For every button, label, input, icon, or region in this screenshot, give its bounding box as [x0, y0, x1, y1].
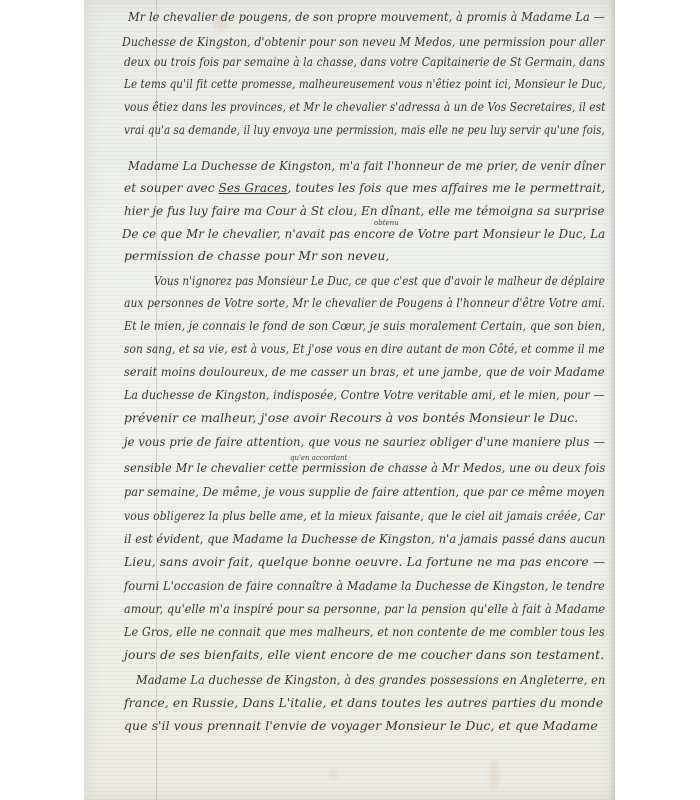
text-line: son sang, et sa vie, est à vous, Et j'os… [124, 343, 605, 355]
text-line: Le Gros, elle ne connait que mes malheur… [124, 626, 605, 638]
handwritten-text: Mr le chevalier de pougens, de son propr… [84, 0, 615, 800]
text-line: il est évident, que Madame la Duchesse d… [124, 533, 605, 545]
text-line: jours de ses bienfaits, elle vient encor… [124, 649, 604, 661]
text-line: Madame La duchesse de Kingston, à des gr… [136, 674, 605, 686]
text-line: vous obligerez la plus belle ame, et la … [124, 510, 605, 522]
text-line: je vous prie de faire attention, que vou… [124, 436, 605, 448]
text-line: De ce que Mr le chevalier, n'avait pas e… [122, 228, 605, 240]
text-line: prévenir ce malheur, j'ose avoir Recours… [124, 412, 578, 424]
text-line: vrai qu'a sa demande, il luy envoya une … [124, 124, 605, 136]
text-line: serait moins douloureux, de me casser un… [124, 366, 605, 378]
text-line: france, en Russie, Dans L'italie, et dan… [124, 697, 603, 709]
text-line: et souper avec Ses Graces, toutes les fo… [124, 182, 605, 194]
text-line: permission de chasse pour Mr son neveu, [124, 250, 389, 262]
text-line: Et le mien, je connais le fond de son Cœ… [124, 320, 605, 332]
text-line: vous êtiez dans les provinces, et Mr le … [124, 101, 605, 113]
text-line: Le tems qu'il fit cette promesse, malheu… [124, 78, 606, 90]
text-line: Mr le chevalier de pougens, de son propr… [128, 11, 605, 23]
text-line: aux personnes de Votre sorte, Mr le chev… [124, 297, 605, 309]
page-canvas: Mr le chevalier de pougens, de son propr… [0, 0, 700, 800]
text-line: La duchesse de Kingston, indisposée, Con… [124, 389, 605, 401]
text-line: Vous n'ignorez pas Monsieur Le Duc, ce q… [154, 275, 605, 287]
manuscript-page: Mr le chevalier de pougens, de son propr… [84, 0, 615, 800]
text-line: deux ou trois fois par semaine à la chas… [124, 56, 605, 68]
text-line: Madame La Duchesse de Kingston, m'a fait… [128, 160, 605, 172]
text-line: fourni L'occasion de faire connaître à M… [124, 580, 605, 592]
text-line: hier je fus luy faire ma Cour à St clou,… [124, 205, 605, 217]
text-line: Lieu, sans avoir fait, quelque bonne oeu… [124, 556, 605, 568]
underlined-phrase: Ses Graces [219, 180, 288, 195]
text-line: Duchesse de Kingston, d'obtenir pour son… [122, 36, 605, 48]
text-line: par semaine, De même, je vous supplie de… [124, 486, 605, 498]
text-line: sensible Mr le chevalier cette permissio… [124, 462, 605, 474]
text-line: amour, qu'elle m'a inspiré pour sa perso… [124, 603, 605, 615]
text-line: que s'il vous prennait l'envie de voyage… [124, 720, 598, 732]
